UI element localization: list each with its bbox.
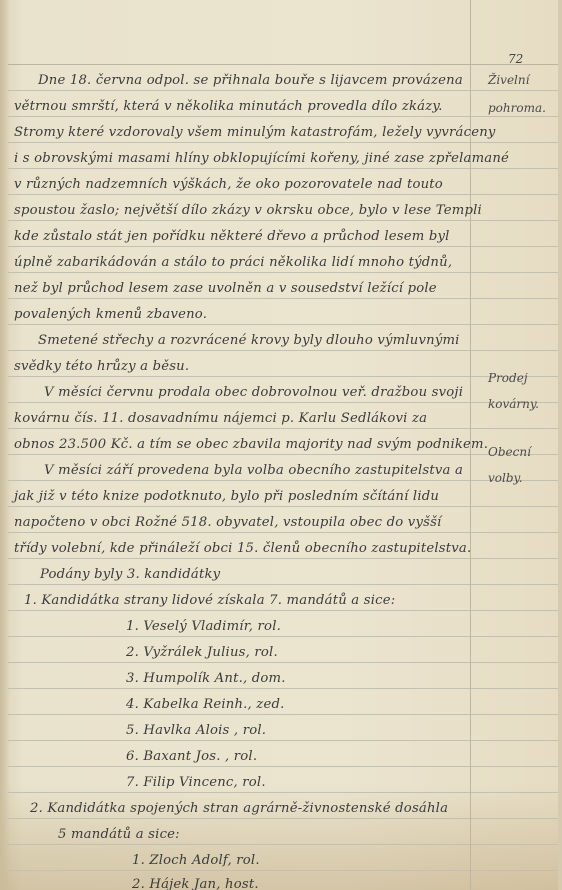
text-line: spoustou žaslo; největší dílo zkázy v ok… xyxy=(14,202,482,220)
ruled-line xyxy=(8,428,558,429)
text-line: 6. Baxant Jos. , rol. xyxy=(126,748,257,766)
text-line: Smetené střechy a rozvrácené krovy byly … xyxy=(38,332,460,350)
text-line: Podány byly 3. kandidátky xyxy=(40,566,220,584)
ruled-line xyxy=(8,532,558,533)
text-line: kovárnu čís. 11. dosavadnímu nájemci p. … xyxy=(14,410,427,428)
text-line: V měsíci září provedena byla volba obecn… xyxy=(44,462,463,480)
ruled-line xyxy=(8,350,558,351)
margin-note: Obecní xyxy=(488,444,531,460)
ruled-line xyxy=(8,584,558,585)
text-line: větrnou smrští, která v několika minutác… xyxy=(14,98,443,116)
ruled-line xyxy=(8,740,558,741)
ruled-line xyxy=(8,610,558,611)
text-line: 5 mandátů a sice: xyxy=(58,826,180,844)
ruled-line xyxy=(8,298,558,299)
text-line: i s obrovskými masami hlíny obklopujícím… xyxy=(14,150,509,168)
ruled-line xyxy=(8,116,558,117)
ruled-line xyxy=(8,792,558,793)
text-line: než byl průchod lesem zase uvolněn a v s… xyxy=(14,280,437,298)
text-line: povalených kmenů zbaveno. xyxy=(14,306,207,324)
text-line: úplně zabarikádován a stálo to práci něk… xyxy=(14,254,452,272)
text-line: 2. Kandidátka spojených stran agrárně-ži… xyxy=(30,800,448,818)
ruled-line xyxy=(8,454,558,455)
text-line: svědky této hrůzy a běsu. xyxy=(14,358,189,376)
ruled-line xyxy=(8,870,558,871)
text-line: 1. Veselý Vladimír, rol. xyxy=(126,618,281,636)
text-line: 1. Kandidátka strany lidové získala 7. m… xyxy=(24,592,395,610)
page-number: 72 xyxy=(508,52,523,66)
page-binding-edge xyxy=(0,0,10,890)
ruled-line xyxy=(8,402,558,403)
ruled-line xyxy=(8,766,558,767)
text-line: 2. Hájek Jan, host. xyxy=(132,876,259,890)
ruled-line xyxy=(8,272,558,273)
text-line: v různých nadzemních výškách, že oko poz… xyxy=(14,176,443,194)
text-line: 1. Zloch Adolf, rol. xyxy=(132,852,260,870)
text-line: Stromy které vzdorovaly všem minulým kat… xyxy=(14,124,496,142)
margin-note: kovárny. xyxy=(488,396,539,412)
ruled-line xyxy=(8,844,558,845)
ruled-line xyxy=(8,818,558,819)
ruled-line xyxy=(8,90,558,91)
text-line: 5. Havlka Alois , rol. xyxy=(126,722,266,740)
header-rule xyxy=(8,64,558,65)
text-line: 7. Filip Vincenc, rol. xyxy=(126,774,266,792)
ruled-line xyxy=(8,688,558,689)
text-line: kde zůstalo stát jen pořídku některé dře… xyxy=(14,228,450,246)
ruled-line xyxy=(8,506,558,507)
margin-note: pohroma. xyxy=(488,100,546,116)
ruled-line xyxy=(8,324,558,325)
text-line: V měsíci červnu prodala obec dobrovolnou… xyxy=(44,384,463,402)
margin-note: volby. xyxy=(488,470,523,486)
text-line: 3. Humpolík Ant., dom. xyxy=(126,670,286,688)
ruled-line xyxy=(8,220,558,221)
ruled-line xyxy=(8,142,558,143)
ruled-line xyxy=(8,376,558,377)
ruled-line xyxy=(8,714,558,715)
text-line: 4. Kabelka Reinh., zed. xyxy=(126,696,285,714)
ruled-line xyxy=(8,636,558,637)
ruled-line xyxy=(8,168,558,169)
text-line: Dne 18. června odpol. se přihnala bouře … xyxy=(38,72,463,90)
margin-note: Prodej xyxy=(488,370,528,386)
ruled-line xyxy=(8,194,558,195)
ledger-page: 72 Živelnípohroma.Prodejkovárny.Obecnívo… xyxy=(0,0,562,890)
ruled-line xyxy=(8,246,558,247)
ruled-line xyxy=(8,558,558,559)
text-line: jak již v této knize podotknuto, bylo př… xyxy=(14,488,439,506)
ruled-line xyxy=(8,480,558,481)
text-line: třídy volební, kde přináleží obci 15. čl… xyxy=(14,540,471,558)
text-line: napočteno v obci Rožné 518. obyvatel, vs… xyxy=(14,514,441,532)
text-line: obnos 23.500 Kč. a tím se obec zbavila m… xyxy=(14,436,488,454)
text-line: 2. Vyžrálek Julius, rol. xyxy=(126,644,278,662)
ruled-line xyxy=(8,662,558,663)
page-right-edge xyxy=(558,0,562,890)
margin-note: Živelní xyxy=(488,72,529,88)
